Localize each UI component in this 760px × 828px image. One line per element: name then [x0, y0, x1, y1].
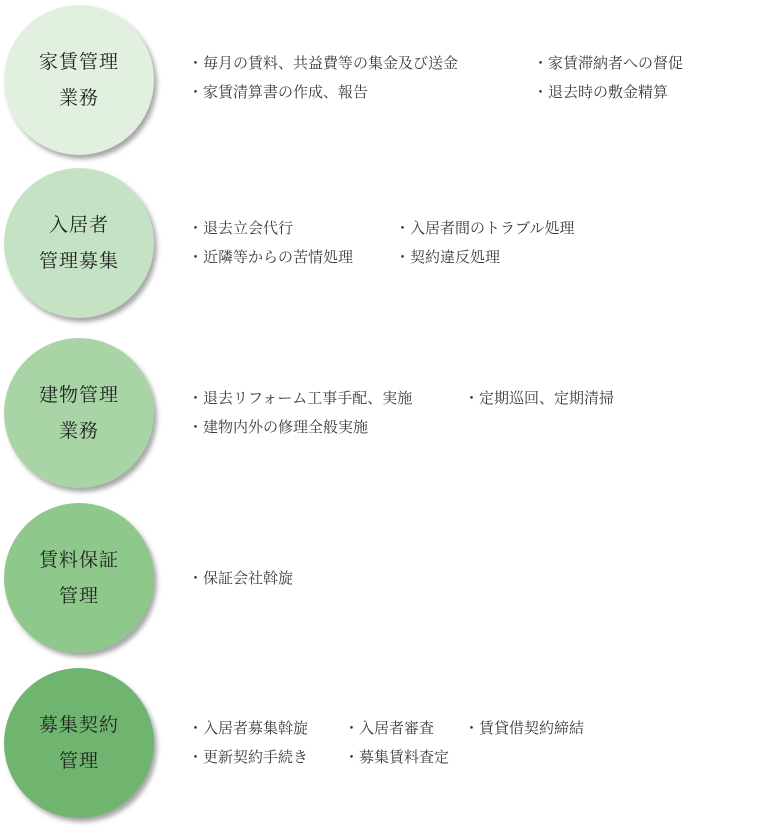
list-item: 毎月の賃料、共益費等の集金及び送金	[188, 52, 458, 73]
circle-title-line2: 業務	[59, 413, 99, 449]
section-tenant-management: 入居者 管理募集 退去立会代行 入居者間のトラブル処理 近隣等からの苦情処理 契…	[0, 168, 760, 320]
list-item: 保証会社斡旋	[188, 567, 293, 588]
circle-title-line2: 管理募集	[39, 243, 119, 279]
circle-rent-management: 家賃管理 業務	[4, 5, 154, 155]
list-item: 契約違反処理	[395, 246, 500, 267]
list-item: 更新契約手続き	[188, 746, 308, 767]
section-building-management: 建物管理 業務 退去リフォーム工事手配、実施 定期巡回、定期清掃 建物内外の修理…	[0, 338, 760, 490]
section-rent-management: 家賃管理 業務 毎月の賃料、共益費等の集金及び送金 家賃滞納者への督促 家賃清算…	[0, 5, 760, 157]
circle-recruitment-contract: 募集契約 管理	[4, 668, 154, 818]
list-item: 退去時の敷金精算	[533, 81, 668, 102]
circle-title-line1: 賃料保証	[39, 542, 119, 578]
circle-building-management: 建物管理 業務	[4, 338, 154, 488]
list-item: 入居者募集斡旋	[188, 717, 308, 738]
section-rent-guarantee: 賃料保証 管理 保証会社斡旋	[0, 503, 760, 655]
list-item: 定期巡回、定期清掃	[464, 387, 614, 408]
circle-title-line1: 募集契約	[39, 707, 119, 743]
list-item: 退去立会代行	[188, 217, 293, 238]
list-item: 募集賃料査定	[344, 746, 449, 767]
list-item: 退去リフォーム工事手配、実施	[188, 387, 412, 408]
section-recruitment-contract: 募集契約 管理 入居者募集斡旋 入居者審査 賃貸借契約締結 更新契約手続き 募集…	[0, 668, 760, 820]
list-item: 入居者間のトラブル処理	[395, 217, 574, 238]
circle-title-line2: 業務	[59, 80, 99, 116]
circle-title-line2: 管理	[59, 578, 99, 614]
list-item: 近隣等からの苦情処理	[188, 246, 353, 267]
list-item: 入居者審査	[344, 717, 434, 738]
list-item: 家賃滞納者への督促	[533, 52, 683, 73]
circle-title-line1: 家賃管理	[39, 44, 119, 80]
list-item: 建物内外の修理全般実施	[188, 416, 368, 437]
circle-title-line1: 建物管理	[39, 377, 119, 413]
list-item: 賃貸借契約締結	[464, 717, 584, 738]
list-item: 家賃清算書の作成、報告	[188, 81, 368, 102]
circle-tenant-management: 入居者 管理募集	[4, 168, 154, 318]
circle-title-line2: 管理	[59, 743, 99, 779]
circle-title-line1: 入居者	[49, 207, 109, 243]
circle-rent-guarantee: 賃料保証 管理	[4, 503, 154, 653]
